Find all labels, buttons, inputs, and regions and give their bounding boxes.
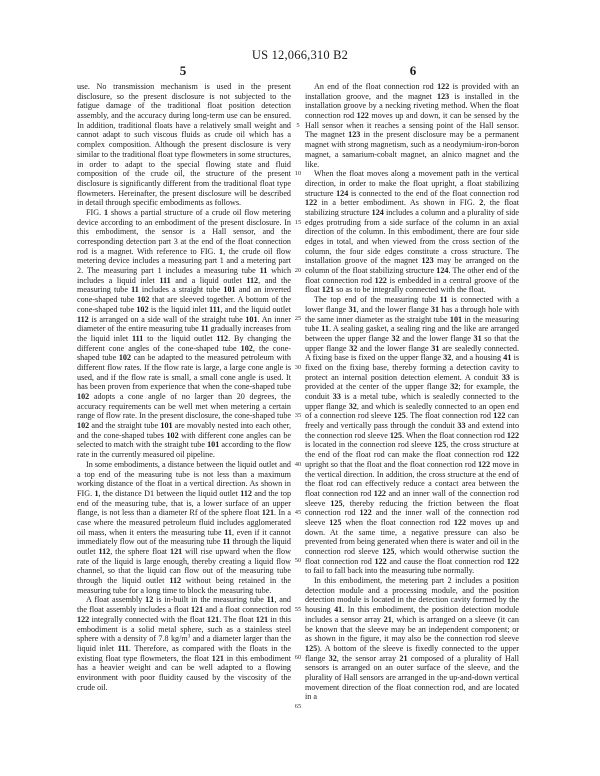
left-text-column: use. No transmission mechanism is used i… bbox=[77, 82, 291, 692]
reference-numeral: 123 bbox=[437, 92, 449, 101]
reference-numeral: 122 bbox=[375, 557, 387, 566]
reference-numeral: 111 bbox=[159, 276, 170, 285]
reference-numeral: 122 bbox=[493, 411, 505, 420]
superscript: 3 bbox=[188, 634, 191, 639]
reference-numeral: 122 bbox=[454, 518, 466, 527]
line-number: 25 bbox=[291, 314, 305, 324]
paragraph: In some embodiments, a distance between … bbox=[77, 460, 291, 596]
reference-numeral: 33 bbox=[502, 373, 510, 382]
reference-numeral: 121 bbox=[262, 508, 274, 517]
paragraph: FIG. 1 shows a partial structure of a cr… bbox=[77, 208, 291, 460]
right-column-page-number: 6 bbox=[393, 63, 433, 79]
reference-numeral: 122 bbox=[374, 489, 386, 498]
line-number: 15 bbox=[291, 218, 305, 228]
reference-numeral: 112 bbox=[246, 276, 258, 285]
reference-numeral: 31 bbox=[474, 334, 482, 343]
reference-numeral: 122 bbox=[478, 460, 490, 469]
paragraph: When the float moves along a movement pa… bbox=[305, 169, 519, 295]
reference-numeral: 122 bbox=[375, 276, 387, 285]
reference-numeral: 11 bbox=[267, 595, 275, 604]
reference-numeral: 112 bbox=[240, 489, 252, 498]
reference-numeral: 122 bbox=[437, 82, 449, 91]
reference-numeral: 21 bbox=[399, 654, 407, 663]
reference-numeral: 121 bbox=[170, 547, 182, 556]
paragraph: use. No transmission mechanism is used i… bbox=[77, 82, 291, 208]
reference-numeral: 1 bbox=[104, 208, 108, 217]
reference-numeral: 111 bbox=[118, 644, 129, 653]
reference-numeral: 122 bbox=[507, 450, 519, 459]
reference-numeral: 111 bbox=[132, 334, 143, 343]
reference-numeral: 41 bbox=[334, 605, 342, 614]
reference-numeral: 112 bbox=[216, 334, 228, 343]
line-number: 45 bbox=[291, 508, 305, 518]
reference-numeral: 121 bbox=[256, 615, 268, 624]
right-text-column: An end of the float connection rod 122 i… bbox=[305, 82, 519, 702]
reference-numeral: 112 bbox=[169, 576, 181, 585]
reference-numeral: 121 bbox=[207, 615, 219, 624]
reference-numeral: 32 bbox=[443, 353, 451, 362]
reference-numeral: 124 bbox=[336, 189, 348, 198]
line-number: 60 bbox=[291, 653, 305, 663]
reference-numeral: 1 bbox=[94, 489, 98, 498]
reference-numeral: 122 bbox=[507, 431, 519, 440]
reference-numeral: 111 bbox=[209, 305, 220, 314]
reference-numeral: 31 bbox=[349, 305, 357, 314]
reference-numeral: 32 bbox=[450, 382, 458, 391]
reference-numeral: 102 bbox=[166, 431, 178, 440]
reference-numeral: 12 bbox=[145, 595, 153, 604]
reference-numeral: 102 bbox=[77, 421, 89, 430]
line-number: 40 bbox=[291, 460, 305, 470]
reference-numeral: 11 bbox=[321, 324, 329, 333]
reference-numeral: 101 bbox=[160, 421, 172, 430]
reference-numeral: 101 bbox=[450, 315, 462, 324]
reference-numeral: 101 bbox=[207, 440, 219, 449]
line-number: 35 bbox=[291, 411, 305, 421]
reference-numeral: 123 bbox=[348, 130, 360, 139]
paragraph: In this embodiment, the metering part 2 … bbox=[305, 576, 519, 702]
reference-numeral: 33 bbox=[457, 421, 465, 430]
reference-numeral: 121 bbox=[191, 605, 203, 614]
reference-numeral: 31 bbox=[431, 344, 439, 353]
reference-numeral: 121 bbox=[322, 285, 334, 294]
reference-numeral: 32 bbox=[392, 334, 400, 343]
line-number: 30 bbox=[291, 363, 305, 373]
reference-numeral: 102 bbox=[119, 353, 131, 362]
reference-numeral: 112 bbox=[98, 547, 110, 556]
line-number: 10 bbox=[291, 169, 305, 179]
reference-numeral: 125 bbox=[329, 518, 341, 527]
reference-numeral: 101 bbox=[223, 285, 235, 294]
reference-numeral: 125 bbox=[330, 499, 342, 508]
reference-numeral: 11 bbox=[224, 528, 232, 537]
line-number: 5 bbox=[291, 121, 305, 131]
reference-numeral: 122 bbox=[305, 198, 317, 207]
reference-numeral: 125 bbox=[434, 440, 446, 449]
paragraph: A float assembly 12 is in-built in the m… bbox=[77, 595, 291, 692]
line-number: 55 bbox=[291, 605, 305, 615]
reference-numeral: 101 bbox=[245, 315, 257, 324]
reference-numeral: 11 bbox=[131, 285, 139, 294]
reference-numeral: 31 bbox=[431, 305, 439, 314]
reference-numeral: 112 bbox=[77, 315, 89, 324]
line-number: 20 bbox=[291, 266, 305, 276]
paragraph: An end of the float connection rod 122 i… bbox=[305, 82, 519, 169]
reference-numeral: 41 bbox=[503, 353, 511, 362]
reference-numeral: 32 bbox=[329, 654, 337, 663]
reference-numeral: 11 bbox=[440, 295, 448, 304]
reference-numeral: 11 bbox=[260, 266, 268, 275]
reference-numeral: 125 bbox=[382, 547, 394, 556]
reference-numeral: 33 bbox=[333, 392, 341, 401]
reference-numeral: 122 bbox=[507, 557, 519, 566]
patent-number-header: US 12,066,310 B2 bbox=[0, 48, 600, 63]
reference-numeral: 122 bbox=[357, 111, 369, 120]
reference-numeral: 122 bbox=[359, 508, 371, 517]
reference-numeral: 122 bbox=[77, 615, 89, 624]
reference-numeral: 125 bbox=[394, 411, 406, 420]
reference-numeral: 125 bbox=[390, 431, 402, 440]
line-number: 50 bbox=[291, 556, 305, 566]
reference-numeral: 121 bbox=[212, 654, 224, 663]
reference-numeral: 123 bbox=[421, 256, 433, 265]
line-number: 65 bbox=[291, 702, 305, 712]
reference-numeral: 102 bbox=[136, 305, 148, 314]
reference-numeral: 32 bbox=[349, 344, 357, 353]
reference-numeral: 32 bbox=[349, 402, 357, 411]
reference-numeral: 21 bbox=[384, 615, 392, 624]
reference-numeral: 2 bbox=[479, 198, 483, 207]
reference-numeral: 102 bbox=[241, 344, 253, 353]
paragraph: The top end of the measuring tube 11 is … bbox=[305, 295, 519, 576]
reference-numeral: 124 bbox=[372, 208, 384, 217]
reference-numeral: 102 bbox=[137, 295, 149, 304]
reference-numeral: 1 bbox=[219, 247, 223, 256]
left-column-page-number: 5 bbox=[163, 63, 203, 79]
reference-numeral: 11 bbox=[223, 537, 231, 546]
reference-numeral: 124 bbox=[436, 266, 448, 275]
reference-numeral: 11 bbox=[201, 324, 209, 333]
reference-numeral: 102 bbox=[77, 392, 89, 401]
reference-numeral: 125 bbox=[305, 644, 317, 653]
